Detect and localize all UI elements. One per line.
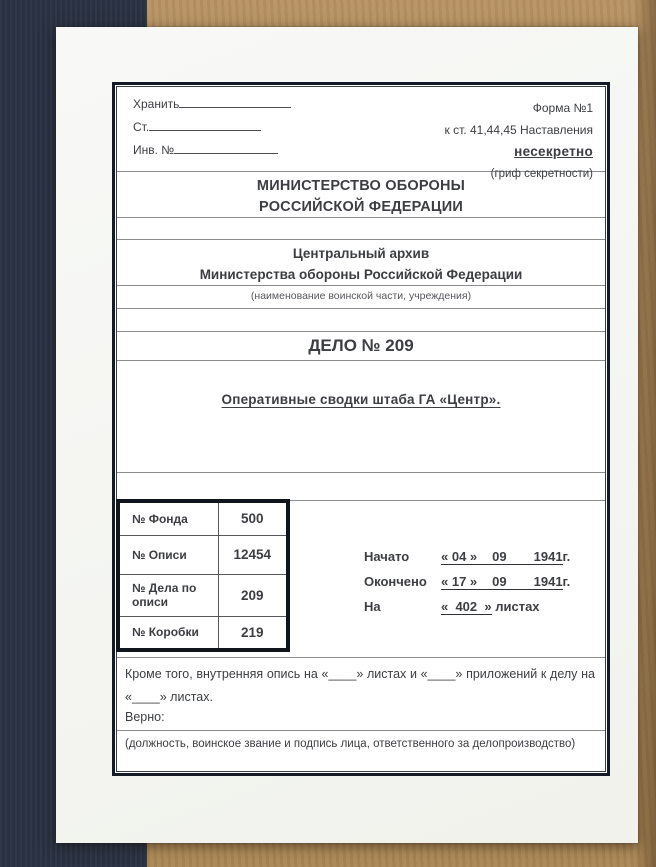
- archive-folder-cover: { "cover": { "colors": { "spine_navy": "…: [0, 0, 656, 867]
- table-row: № Коробки 219: [118, 616, 288, 650]
- st-field: Ст.: [133, 120, 291, 134]
- form-frame-inner: Хранить Ст. Инв. № Форма №1 к ст. 41,44,…: [116, 86, 606, 772]
- secrecy-stamp: несекретно: [445, 141, 593, 163]
- sheets-row: На « 402 » листах: [364, 599, 570, 624]
- stamp-fields: Хранить Ст. Инв. №: [133, 97, 291, 171]
- verno-label: Верно:: [125, 710, 595, 724]
- finished-row: Окончено « 17 »091941 г.: [364, 574, 570, 599]
- archive-line1: Центральный архив: [117, 243, 605, 264]
- case-subject-row: Оперативные сводки штаба ГА «Центр».: [117, 361, 605, 473]
- sheets-suffix: листах: [492, 599, 540, 614]
- signature-caption: (должность, воинское звание и подпись ли…: [117, 731, 605, 771]
- stamps-row: Хранить Ст. Инв. № Форма №1 к ст. 41,44,…: [117, 87, 605, 172]
- ministry-line2: РОССИЙСКОЙ ФЕДЕРАЦИИ: [117, 197, 605, 218]
- archive-line2: Министерства обороны Российской Федераци…: [117, 264, 605, 285]
- case-subject: Оперативные сводки штаба ГА «Центр».: [222, 392, 501, 407]
- finished-year-suffix: г.: [563, 574, 571, 589]
- form-reference: к ст. 41,44,45 Наставления: [445, 119, 593, 141]
- finished-label: Окончено: [364, 574, 441, 589]
- registry-table: № Фонда 500 № Описи 12454 № Дела по опис…: [116, 499, 290, 652]
- table-row: № Описи 12454: [118, 535, 288, 574]
- started-month: 09: [492, 549, 506, 564]
- st-label: Ст.: [133, 120, 149, 134]
- finished-value: « 17 »091941: [441, 574, 563, 590]
- spacer-row-1: [117, 218, 605, 240]
- spacer-row-2: [117, 309, 605, 332]
- dates-block: Начато « 04 »091941 г. Окончено « 17 »09…: [364, 549, 570, 624]
- opis-label: № Описи: [118, 535, 218, 574]
- started-row: Начато « 04 »091941 г.: [364, 549, 570, 574]
- additional-note-row: Кроме того, внутренняя опись на «____» л…: [117, 658, 605, 731]
- started-label: Начато: [364, 549, 441, 564]
- sheets-value: « 402 »: [441, 599, 492, 615]
- form-header-right: Форма №1 к ст. 41,44,45 Наставления несе…: [445, 97, 593, 171]
- inventory-label: Инв. №: [133, 143, 174, 157]
- finished-year: 1941: [534, 574, 563, 589]
- additional-note: Кроме того, внутренняя опись на «____» л…: [125, 663, 595, 709]
- ministry-line1: МИНИСТЕРСТВО ОБОРОНЫ: [117, 176, 605, 197]
- st-blank-line: [149, 120, 261, 131]
- delo-po-opisi-label: № Дела по описи: [118, 574, 218, 616]
- korobka-label: № Коробки: [118, 616, 218, 650]
- table-row: № Дела по описи 209: [118, 574, 288, 616]
- ministry-header: МИНИСТЕРСТВО ОБОРОНЫ РОССИЙСКОЙ ФЕДЕРАЦИ…: [117, 172, 605, 218]
- finished-day: « 17 »: [441, 574, 477, 589]
- opis-value: 12454: [218, 535, 288, 574]
- keep-label: Хранить: [133, 97, 179, 111]
- started-year: 1941: [534, 549, 563, 564]
- pasted-label-sheet: Хранить Ст. Инв. № Форма №1 к ст. 41,44,…: [56, 27, 638, 843]
- form-number: Форма №1: [445, 97, 593, 119]
- case-title: ДЕЛО № 209: [117, 332, 605, 361]
- form-frame: Хранить Ст. Инв. № Форма №1 к ст. 41,44,…: [112, 82, 610, 776]
- keep-field: Хранить: [133, 97, 291, 111]
- sheets-label: На: [364, 599, 441, 614]
- started-year-suffix: г.: [563, 549, 571, 564]
- table-row: № Фонда 500: [118, 501, 288, 535]
- fond-label: № Фонда: [118, 501, 218, 535]
- started-day: « 04 »: [441, 549, 477, 564]
- finished-month: 09: [492, 574, 506, 589]
- inventory-blank-line: [174, 143, 278, 154]
- korobka-value: 219: [218, 616, 288, 650]
- unit-name-caption: (наименование воинской части, учреждения…: [117, 286, 605, 309]
- fond-value: 500: [218, 501, 288, 535]
- requisites-row: № Фонда 500 № Описи 12454 № Дела по опис…: [117, 501, 605, 658]
- started-value: « 04 »091941: [441, 549, 563, 565]
- archive-name: Центральный архив Министерства обороны Р…: [117, 240, 605, 286]
- spacer-row-3: [117, 473, 605, 501]
- keep-blank-line: [179, 97, 291, 108]
- inventory-field: Инв. №: [133, 143, 291, 157]
- delo-po-opisi-value: 209: [218, 574, 288, 616]
